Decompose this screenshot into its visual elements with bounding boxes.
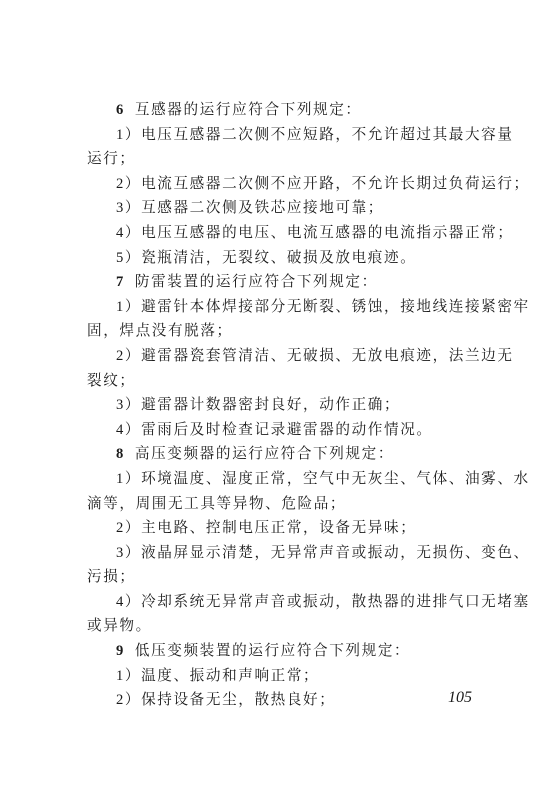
list-item: 1）温度、振动和声响正常； (87, 664, 481, 689)
item-text: 瓷瓶清洁，无裂纹、破损及放电痕迹。 (141, 249, 416, 266)
list-item-continuation: 固，焊点没有脱落； (87, 319, 481, 344)
item-number: 1） (116, 299, 141, 315)
item-text: 环境温度、湿度正常，空气中无灰尘、气体、油雾、水 (141, 470, 530, 487)
item-text: 液晶屏显示清楚，无异常声音或振动，无损伤、变色、 (141, 544, 530, 561)
item-text: 互感器二次侧及铁芯应接地可靠； (141, 199, 384, 216)
list-item: 3）避雷器计数器密封良好，动作正确； (87, 393, 481, 418)
item-text: 电压互感器的电压、电流互感器的电流指示器正常； (141, 224, 513, 241)
item-text: 避雷器瓷套管清洁、无破损、无放电痕迹，法兰边无 (141, 347, 513, 364)
section-title: 互感器的运行应符合下列规定： (135, 101, 362, 118)
list-item: 4）冷却系统无异常声音或振动，散热器的进排气口无堵塞 (87, 590, 481, 615)
list-item: 3）液晶屏显示清楚，无异常声音或振动，无损伤、变色、 (87, 541, 481, 566)
item-number: 2） (116, 692, 141, 708)
section-title: 高压变频器的运行应符合下列规定： (135, 445, 394, 462)
item-number: 3） (116, 545, 141, 561)
item-text: 雷雨后及时检查记录避雷器的动作情况。 (141, 421, 433, 438)
list-item: 4）电压互感器的电压、电流互感器的电流指示器正常； (87, 221, 481, 246)
list-item-continuation: 裂纹； (87, 369, 481, 394)
list-item: 2）保持设备无尘，散热良好； (87, 688, 481, 713)
item-text: 电流互感器二次侧不应开路，不允许长期过负荷运行； (141, 175, 530, 192)
list-item: 1）避雷针本体焊接部分无断裂、锈蚀，接地线连接紧密牢 (87, 295, 481, 320)
document-body: 6互感器的运行应符合下列规定： 1）电压互感器二次侧不应短路，不允许超过其最大容… (87, 98, 481, 713)
section-number: 9 (116, 643, 125, 659)
item-text: 温度、振动和声响正常； (141, 667, 319, 684)
item-number: 5） (116, 250, 141, 266)
item-text: 主电路、控制电压正常，设备无异味； (141, 519, 416, 536)
item-number: 2） (116, 176, 141, 192)
list-item: 2）避雷器瓷套管清洁、无破损、无放电痕迹，法兰边无 (87, 344, 481, 369)
item-number: 1） (116, 668, 141, 684)
item-number: 4） (116, 422, 141, 438)
section-number: 8 (116, 446, 125, 462)
item-text: 电压互感器二次侧不应短路，不允许超过其最大容量 (141, 126, 513, 143)
item-number: 4） (116, 594, 141, 610)
list-item: 2）电流互感器二次侧不应开路，不允许长期过负荷运行； (87, 172, 481, 197)
list-item: 1）环境温度、湿度正常，空气中无灰尘、气体、油雾、水 (87, 467, 481, 492)
item-number: 3） (116, 397, 141, 413)
item-text: 避雷器计数器密封良好，动作正确； (141, 396, 400, 413)
section-title: 低压变频装置的运行应符合下列规定： (135, 642, 410, 659)
item-number: 1） (116, 471, 141, 487)
item-number: 2） (116, 348, 141, 364)
item-text: 保持设备无尘，散热良好； (141, 691, 335, 708)
page-number: 105 (448, 689, 472, 707)
section-heading: 8高压变频器的运行应符合下列规定： (87, 442, 481, 467)
section-heading: 6互感器的运行应符合下列规定： (87, 98, 481, 123)
section-number: 7 (116, 274, 125, 290)
list-item: 2）主电路、控制电压正常，设备无异味； (87, 516, 481, 541)
list-item: 5）瓷瓶清洁，无裂纹、破损及放电痕迹。 (87, 246, 481, 271)
section-title: 防雷装置的运行应符合下列规定： (135, 273, 378, 290)
section-number: 6 (116, 102, 125, 118)
item-number: 3） (116, 200, 141, 216)
list-item: 1）电压互感器二次侧不应短路，不允许超过其最大容量 (87, 123, 481, 148)
item-text: 冷却系统无异常声音或振动，散热器的进排气口无堵塞 (141, 593, 530, 610)
item-number: 2） (116, 520, 141, 536)
list-item: 3）互感器二次侧及铁芯应接地可靠； (87, 196, 481, 221)
list-item-continuation: 运行； (87, 147, 481, 172)
list-item-continuation: 污损； (87, 565, 481, 590)
section-heading: 9低压变频装置的运行应符合下列规定： (87, 639, 481, 664)
section-heading: 7防雷装置的运行应符合下列规定： (87, 270, 481, 295)
list-item-continuation: 或异物。 (87, 614, 481, 639)
list-item: 4）雷雨后及时检查记录避雷器的动作情况。 (87, 418, 481, 443)
item-number: 4） (116, 225, 141, 241)
item-text: 避雷针本体焊接部分无断裂、锈蚀，接地线连接紧密牢 (141, 298, 530, 315)
list-item-continuation: 滴等，周围无工具等异物、危险品； (87, 492, 481, 517)
item-number: 1） (116, 127, 141, 143)
